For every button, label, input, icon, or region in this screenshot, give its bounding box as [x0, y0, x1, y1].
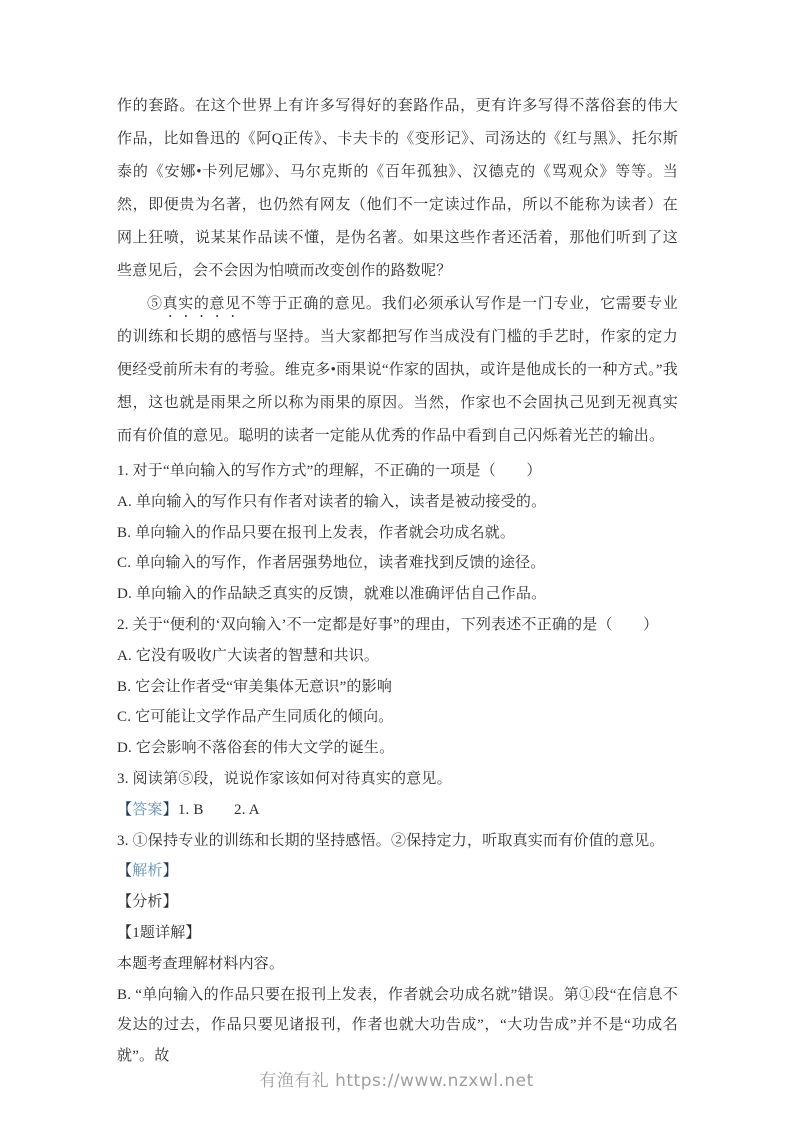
- watermark: 有渔有礼 https://www.nzxwl.net: [0, 1066, 793, 1091]
- answer-values: 1. B 2. A: [178, 802, 260, 818]
- answer-label: 答案: [132, 802, 162, 818]
- paragraph-5-number: ⑤: [147, 296, 163, 312]
- jiexi-label-bracket-open: 【: [117, 863, 132, 879]
- detail-1-label: 【1题详解】: [117, 918, 678, 949]
- question-1-option-d: D. 单向输入的作品缺乏真实的反馈，就难以准确评估自己作品。: [117, 579, 678, 610]
- question-2-option-b: B. 它会让作者受“审美集体无意识”的影响: [117, 672, 678, 703]
- answer-question-3: 3. ①保持专业的训练和长期的坚持感悟。②保持定力，听取真实而有价值的意见。: [117, 826, 678, 857]
- article-paragraph-5: ⑤真实的意见不等于正确的意见。我们必须承认写作是一门专业，它需要专业的训练和长期…: [117, 288, 678, 453]
- jiexi-label: 解析: [132, 863, 162, 879]
- answer-label-bracket-close: 】: [163, 802, 178, 818]
- answer-label-bracket-open: 【: [117, 802, 132, 818]
- question-2-option-a: A. 它没有吸收广大读者的智慧和共识。: [117, 641, 678, 672]
- question-3-stem: 3. 阅读第⑤段，说说作家该如何对待真实的意见。: [117, 764, 678, 795]
- answer-line: 【答案】1. B 2. A: [117, 795, 678, 826]
- jiexi-label-bracket-close: 】: [163, 863, 178, 879]
- question-1-option-b: B. 单向输入的作品只要在报刊上发表，作者就会功成名就。: [117, 518, 678, 549]
- questions-block: 1. 对于“单向输入的写作方式”的理解，不正确的一项是（ ） A. 单向输入的写…: [117, 456, 678, 1072]
- question-2-stem: 2. 关于“便利的‘双向输入’不一定都是好事”的理由，下列表述不正确的是（ ）: [117, 610, 678, 641]
- question-2-option-c: C. 它可能让文学作品产生同质化的倾向。: [117, 702, 678, 733]
- detail-1-intro: 本题考查理解材料内容。: [117, 949, 678, 980]
- exam-document-page: 作的套路。在这个世界上有许多写得好的套路作品，更有许多写得不落俗套的伟大作品，比…: [0, 0, 793, 1122]
- question-1-option-c: C. 单向输入的写作，作者居强势地位，读者难找到反馈的途径。: [117, 548, 678, 579]
- paragraph-5-emphasized-text: 真实的意见: [163, 296, 241, 312]
- paragraph-5-body: 不等于正确的意见。我们必须承认写作是一门专业，它需要专业的训练和长期的感悟与坚持…: [117, 296, 678, 444]
- question-1-option-a: A. 单向输入的写作只有作者对读者的输入，读者是被动接受的。: [117, 487, 678, 518]
- jiexi-line: 【解析】: [117, 856, 678, 887]
- fenxi-label: 【分析】: [117, 887, 678, 918]
- question-1-stem: 1. 对于“单向输入的写作方式”的理解，不正确的一项是（ ）: [117, 456, 678, 487]
- article-paragraph-continuation: 作的套路。在这个世界上有许多写得好的套路作品，更有许多写得不落俗套的伟大作品，比…: [117, 90, 678, 288]
- document-content: 作的套路。在这个世界上有许多写得好的套路作品，更有许多写得不落俗套的伟大作品，比…: [117, 90, 678, 1072]
- question-2-option-d: D. 它会影响不落俗套的伟大文学的诞生。: [117, 733, 678, 764]
- detail-1-body: B. “单向输入的作品只要在报刊上发表，作者就会功成名就”错误。第①段“在信息不…: [117, 980, 678, 1072]
